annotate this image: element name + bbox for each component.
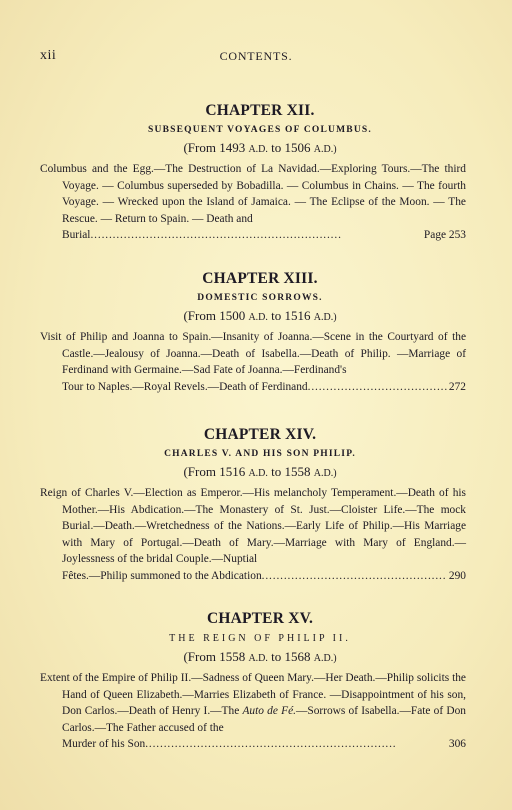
page-reference[interactable]: Page 253 xyxy=(422,227,466,244)
summary-text: Reign of Charles V.—Election as Emperor.… xyxy=(40,487,466,565)
summary-last-line: Burial xyxy=(62,227,90,244)
running-head: xii CONTENTS. xyxy=(0,48,512,68)
era-label: A.D.) xyxy=(314,312,337,323)
chapter-dates: (From 1500 A.D. to 1516 A.D.) xyxy=(54,308,466,324)
chapter-12: CHAPTER XII. SUBSEQUENT VOYAGES OF COLUM… xyxy=(40,102,466,244)
chapter-title: CHAPTER XIV. xyxy=(54,426,466,444)
date-to: to 1516 xyxy=(271,308,310,323)
toc-entry-line[interactable]: Burial Page 253 xyxy=(62,227,466,244)
summary-last-line: Tour to Naples.—Royal Revels.—Death of F… xyxy=(62,379,308,396)
dot-leader xyxy=(308,379,447,396)
page-reference[interactable]: 306 xyxy=(447,736,466,753)
book-page: xii CONTENTS. CHAPTER XII. SUBSEQUENT VO… xyxy=(0,0,512,810)
chapter-summary: Reign of Charles V.—Election as Emperor.… xyxy=(40,485,466,585)
chapter-subtitle: SUBSEQUENT VOYAGES OF COLUMBUS. xyxy=(54,125,466,135)
chapter-summary: Columbus and the Egg.—The Destruction of… xyxy=(40,161,466,244)
page-reference[interactable]: 290 xyxy=(447,568,466,585)
summary-text: Columbus and the Egg.—The Destruction of… xyxy=(40,163,466,225)
era-label: A.D.) xyxy=(314,144,337,155)
chapter-title: CHAPTER XV. xyxy=(54,610,466,628)
dot-leader xyxy=(145,736,447,753)
chapter-13: CHAPTER XIII. DOMESTIC SORROWS. (From 15… xyxy=(40,270,466,395)
toc-entry-line[interactable]: Tour to Naples.—Royal Revels.—Death of F… xyxy=(62,379,466,396)
era-label: A.D. xyxy=(248,468,267,479)
toc-entry-line[interactable]: Murder of his Son 306 xyxy=(62,736,466,753)
dot-leader xyxy=(90,227,421,244)
chapter-15: CHAPTER XV. THE REIGN OF PHILIP II. (Fro… xyxy=(40,610,466,753)
date-from: (From 1493 xyxy=(183,140,245,155)
summary-text: Visit of Philip and Joanna to Spain.—Ins… xyxy=(40,331,466,376)
era-label: A.D. xyxy=(248,312,267,323)
era-label: A.D. xyxy=(248,653,267,664)
page-reference[interactable]: 272 xyxy=(447,379,466,396)
chapter-14: CHAPTER XIV. CHARLES V. AND HIS SON PHIL… xyxy=(40,426,466,585)
chapter-dates: (From 1558 A.D. to 1568 A.D.) xyxy=(54,649,466,665)
chapter-subtitle: DOMESTIC SORROWS. xyxy=(54,293,466,303)
date-to: to 1506 xyxy=(271,140,310,155)
chapter-subtitle: CHARLES V. AND HIS SON PHILIP. xyxy=(54,449,466,459)
date-from: (From 1500 xyxy=(183,308,245,323)
summary-last-line: Murder of his Son xyxy=(62,736,145,753)
summary-last-line: Fêtes.—Philip summoned to the Abdication xyxy=(62,568,262,585)
chapter-dates: (From 1493 A.D. to 1506 A.D.) xyxy=(54,140,466,156)
summary-italic-text: Auto de Fé. xyxy=(242,705,296,717)
chapter-summary: Visit of Philip and Joanna to Spain.—Ins… xyxy=(40,329,466,395)
chapter-subtitle: THE REIGN OF PHILIP II. xyxy=(54,633,466,644)
chapter-summary: Extent of the Empire of Philip II.—Sadne… xyxy=(40,670,466,753)
date-from: (From 1516 xyxy=(183,464,245,479)
chapter-dates: (From 1516 A.D. to 1558 A.D.) xyxy=(54,464,466,480)
toc-entry-line[interactable]: Fêtes.—Philip summoned to the Abdication… xyxy=(62,568,466,585)
date-to: to 1558 xyxy=(271,464,310,479)
era-label: A.D. xyxy=(248,144,267,155)
era-label: A.D.) xyxy=(314,468,337,479)
dot-leader xyxy=(262,568,447,585)
running-title: CONTENTS. xyxy=(0,49,512,64)
date-to: to 1568 xyxy=(271,649,310,664)
chapter-title: CHAPTER XIII. xyxy=(54,270,466,288)
era-label: A.D.) xyxy=(314,653,337,664)
chapter-title: CHAPTER XII. xyxy=(54,102,466,120)
date-from: (From 1558 xyxy=(183,649,245,664)
